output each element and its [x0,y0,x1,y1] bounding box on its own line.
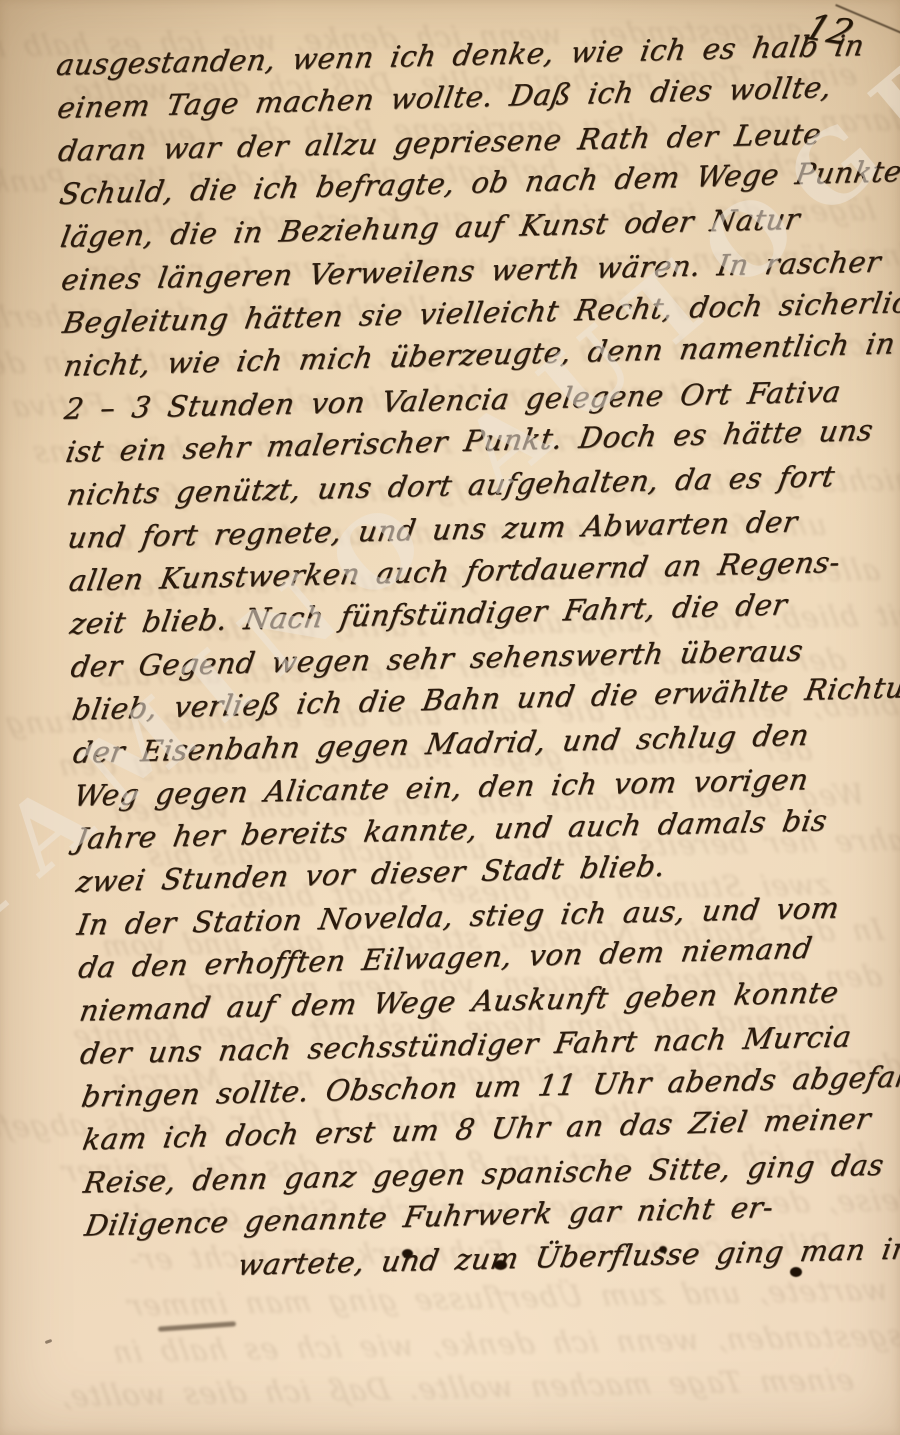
ink-blot [790,1267,802,1277]
bleedthrough-line: einem Tage machen wollte. Daß ich dies w… [0,1363,857,1416]
ink-speck [45,1339,53,1344]
manuscript-text: ausgestanden, wenn ich denke, wie ich es… [52,23,900,1291]
ink-blot [494,1260,507,1270]
ink-blot [402,1249,413,1258]
ink-blot [659,1246,667,1253]
ink-smudge [158,1321,236,1331]
manuscript-page: ausgestanden, wenn ich denke, wie ich es… [0,0,900,1435]
